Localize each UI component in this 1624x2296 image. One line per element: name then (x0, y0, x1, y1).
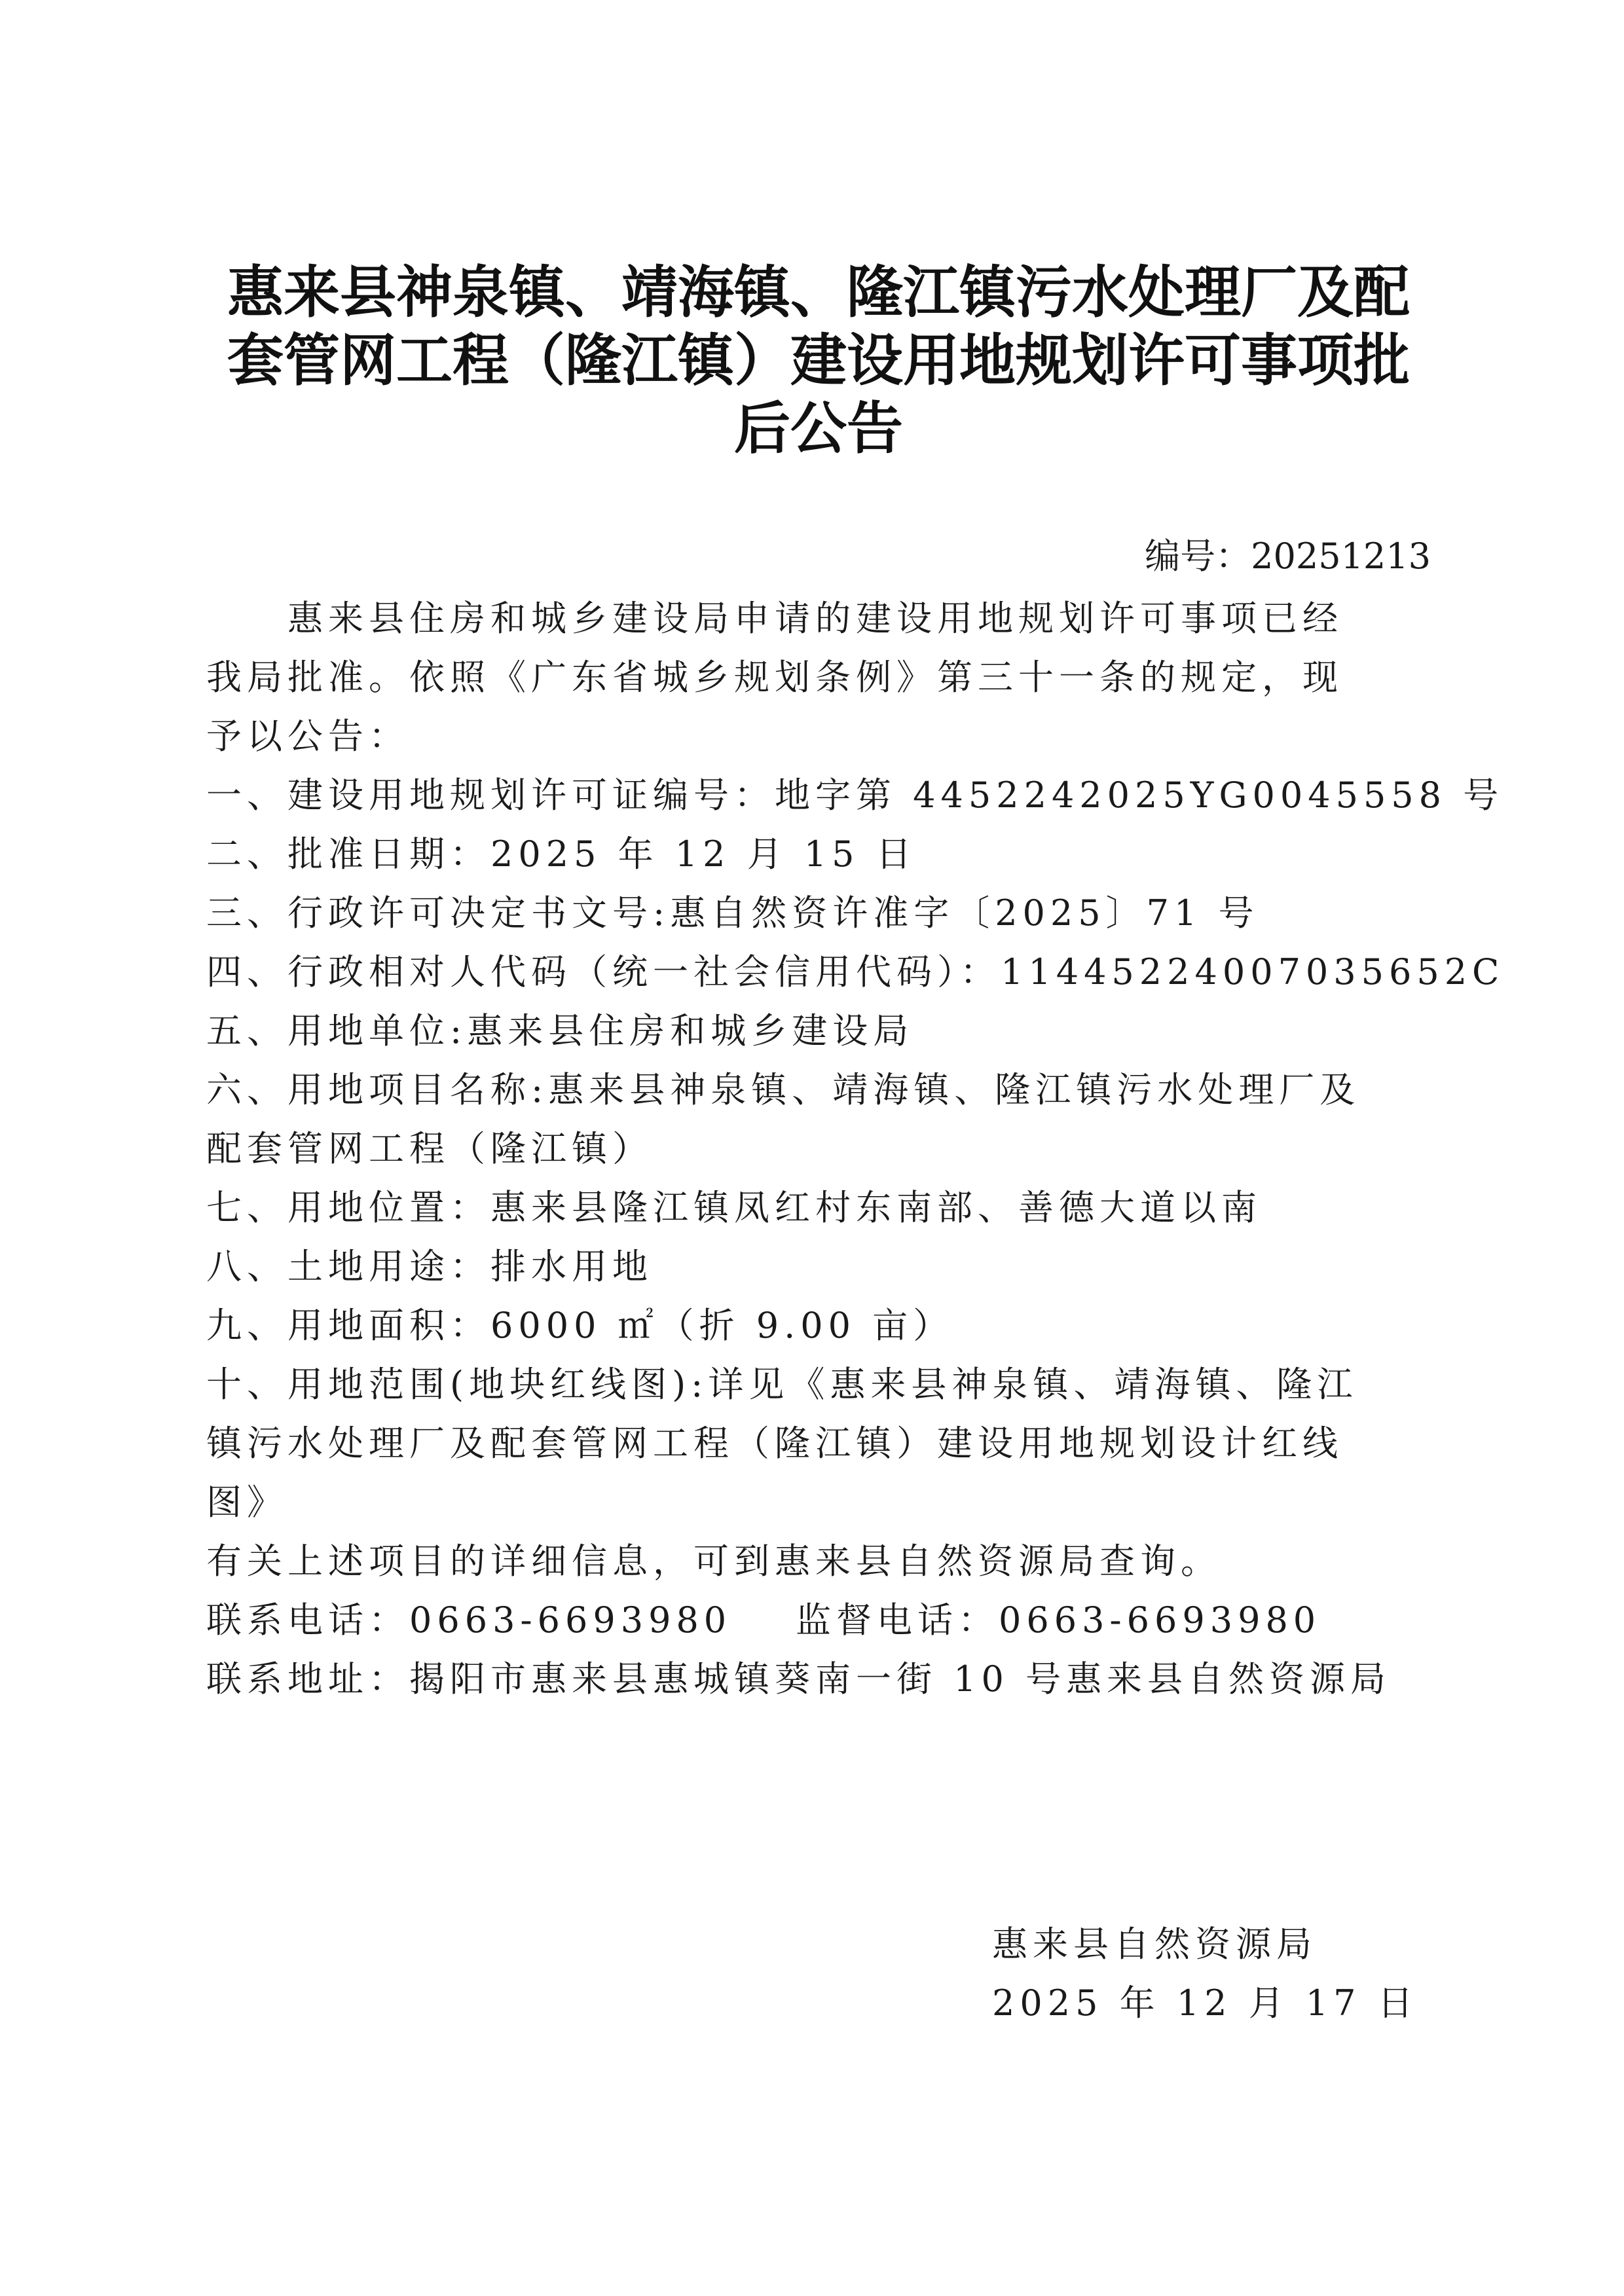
item-land-scope-cont: 镇污水处理厂及配套管网工程（隆江镇）建设用地规划设计红线 (206, 1414, 1431, 1473)
document-page: 惠来县神泉镇、靖海镇、隆江镇污水处理厂及配 套管网工程（隆江镇）建设用地规划许可… (0, 0, 1624, 2296)
item-label: 三、行政许可决定书文号: (206, 892, 670, 934)
item-approval-date: 二、批准日期：2025 年 12 月 15 日 (206, 825, 1431, 884)
contact-address-value: 揭阳市惠来县惠城镇葵南一街 10 号惠来县自然资源局 (409, 1658, 1391, 1700)
contact-phone-label: 联系电话： (206, 1599, 409, 1641)
supervision-phone-value: 0663-6693980 (999, 1599, 1321, 1641)
item-label: 五、用地单位: (206, 1010, 467, 1051)
item-value: 11445224007035652C (1001, 951, 1504, 993)
intro-line-3: 予以公告： (206, 707, 1431, 766)
item-land-user: 五、用地单位:惠来县住房和城乡建设局 (206, 1002, 1431, 1061)
contact-address-label: 联系地址： (206, 1658, 409, 1700)
item-value: 惠来县隆江镇凤红村东南部、善德大道以南 (490, 1187, 1262, 1228)
item-label: 九、用地面积： (206, 1305, 490, 1346)
item-label: 一、建设用地规划许可证编号： (206, 774, 775, 816)
contact-address: 联系地址：揭阳市惠来县惠城镇葵南一街 10 号惠来县自然资源局 (206, 1650, 1431, 1709)
doc-number-value: 20251213 (1251, 536, 1431, 577)
signature-block: 惠来县自然资源局 2025 年 12 月 17 日 (992, 1915, 1418, 2033)
title-line-1: 惠来县神泉镇、靖海镇、隆江镇污水处理厂及配 (196, 259, 1441, 327)
item-value: 2025 年 12 月 15 日 (490, 833, 917, 875)
item-value: 排水用地 (490, 1246, 653, 1287)
item-value: 惠来县住房和城乡建设局 (467, 1010, 913, 1051)
document-body: 惠来县住房和城乡建设局申请的建设用地规划许可事项已经 我局批准。依照《广东省城乡… (206, 589, 1431, 1709)
item-label: 六、用地项目名称: (206, 1069, 548, 1110)
item-label: 四、行政相对人代码（统一社会信用代码）： (206, 951, 1001, 993)
supervision-phone-label: 监督电话： (796, 1599, 999, 1641)
supervision-phone: 监督电话：0663-6693980 (796, 1591, 1321, 1650)
intro-line-2: 我局批准。依照《广东省城乡规划条例》第三十一条的规定，现 (206, 648, 1431, 707)
item-land-scope: 十、用地范围(地块红线图):详见《惠来县神泉镇、靖海镇、隆江 (206, 1355, 1431, 1414)
document-number: 编号：20251213 (206, 530, 1431, 583)
item-land-area: 九、用地面积：6000 ㎡（折 9.00 亩） (206, 1296, 1431, 1355)
item-value: 6000 ㎡（折 9.00 亩） (490, 1305, 953, 1346)
issue-date: 2025 年 12 月 17 日 (992, 1974, 1418, 2033)
inquiry-note: 有关上述项目的详细信息，可到惠来县自然资源局查询。 (206, 1532, 1431, 1591)
item-value: 详见《惠来县神泉镇、靖海镇、隆江 (708, 1364, 1357, 1405)
intro-line-1: 惠来县住房和城乡建设局申请的建设用地规划许可事项已经 (206, 589, 1431, 648)
item-land-use: 八、土地用途：排水用地 (206, 1237, 1431, 1296)
document-title: 惠来县神泉镇、靖海镇、隆江镇污水处理厂及配 套管网工程（隆江镇）建设用地规划许可… (196, 259, 1441, 463)
item-value: 地字第 4452242025YG0045558 号 (775, 774, 1504, 816)
item-land-scope-cont-2: 图》 (206, 1473, 1431, 1532)
contact-phone: 联系电话：0663-6693980 (206, 1591, 796, 1650)
item-credit-code: 四、行政相对人代码（统一社会信用代码）：11445224007035652C (206, 943, 1431, 1002)
item-value: 惠来县神泉镇、靖海镇、隆江镇污水处理厂及 (548, 1069, 1360, 1110)
item-label: 二、批准日期： (206, 833, 490, 875)
item-land-location: 七、用地位置：惠来县隆江镇凤红村东南部、善德大道以南 (206, 1178, 1431, 1237)
item-value: 惠自然资许准字〔2025〕71 号 (670, 892, 1259, 934)
title-line-3: 后公告 (196, 395, 1441, 463)
contact-phone-value: 0663-6693980 (409, 1599, 731, 1641)
issuer-name: 惠来县自然资源局 (992, 1915, 1418, 1974)
item-license-number: 一、建设用地规划许可证编号：地字第 4452242025YG0045558 号 (206, 766, 1431, 825)
item-label: 十、用地范围(地块红线图): (206, 1364, 708, 1405)
title-line-2: 套管网工程（隆江镇）建设用地规划许可事项批 (196, 327, 1441, 395)
item-label: 八、土地用途： (206, 1246, 490, 1287)
item-project-name-cont: 配套管网工程（隆江镇） (206, 1120, 1431, 1178)
contact-phones: 联系电话：0663-6693980 监督电话：0663-6693980 (206, 1591, 1431, 1650)
item-label: 七、用地位置： (206, 1187, 490, 1228)
item-project-name: 六、用地项目名称:惠来县神泉镇、靖海镇、隆江镇污水处理厂及 (206, 1061, 1431, 1120)
doc-number-label: 编号： (1145, 536, 1251, 577)
item-decision-number: 三、行政许可决定书文号:惠自然资许准字〔2025〕71 号 (206, 884, 1431, 943)
